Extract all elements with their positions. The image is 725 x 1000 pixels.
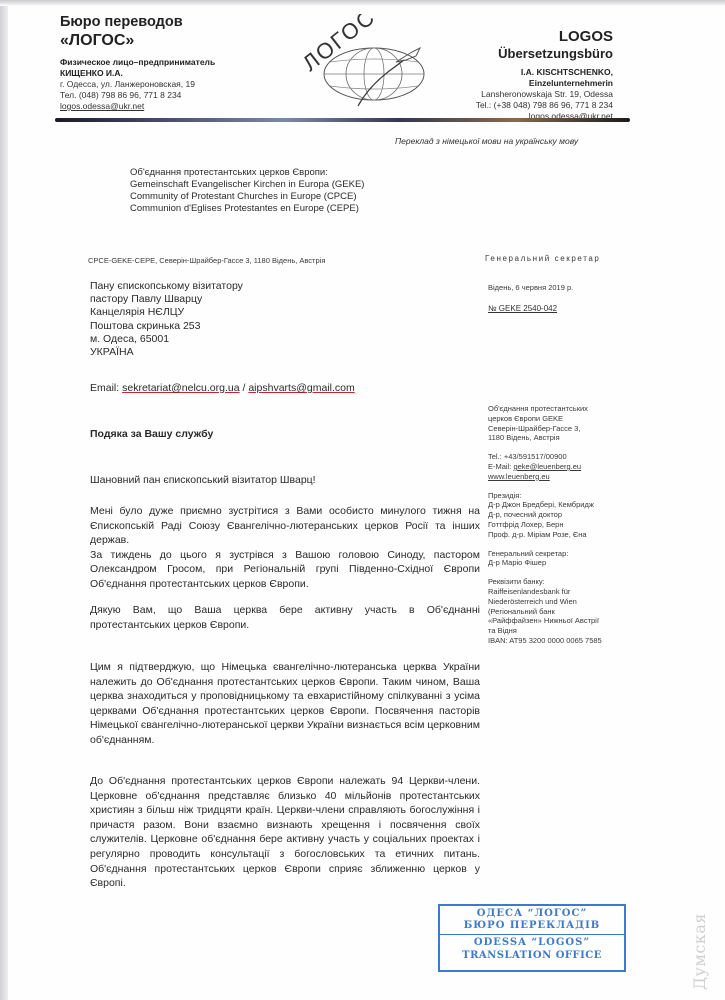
sidebar-tel: Tel.: +43/591517/00900 xyxy=(488,452,648,462)
recipient-address: Пану єпископському візитатору пастору Па… xyxy=(90,280,243,359)
sidebar-email-row: E-Mail: geke@leuenberg.eu xyxy=(488,462,648,472)
address-ru: г. Одесса, ул. Ланжероновская, 19 xyxy=(60,79,290,90)
sender-sidebar: Об'єднання протестантських церков Європи… xyxy=(488,404,648,655)
sidebar-presidium: Президія: Д-р Джон Бредбері, Кембридж Д-… xyxy=(488,491,648,540)
sidebar-bank: Реквізити банку: Raiffeisenlandesbank fü… xyxy=(488,577,648,646)
letterhead-left: Бюро переводов «ЛОГОС» Физическое лицо–п… xyxy=(60,14,290,112)
sidebar-web-link[interactable]: www.leuenberg.eu xyxy=(488,472,648,482)
email-link-1[interactable]: sekretariat@nelcu.org.ua xyxy=(122,382,239,394)
bureau-brand-ru: «ЛОГОС» xyxy=(60,31,290,51)
recipient-line: м. Одеса, 65001 xyxy=(90,333,243,346)
stamp-line-1: ОДЕСА “ЛОГОС” xyxy=(440,908,624,920)
bank-line: Raiffeisenlandesbank für xyxy=(488,587,648,597)
org-name-en: Community of Protestant Churches in Euro… xyxy=(130,191,364,203)
translation-note: Переклад з німецької мови на українську … xyxy=(395,136,578,146)
sidebar-contacts: Tel.: +43/591517/00900 E-Mail: geke@leue… xyxy=(488,452,648,481)
sidebar-line: Северін-Шрайбер-Гассе 3, xyxy=(488,424,648,434)
email-link-ru[interactable]: logos.odessa@ukr.net xyxy=(60,101,290,112)
recipient-email: Email: sekretariat@nelcu.org.ua / aipshv… xyxy=(90,382,355,394)
bureau-name-ru: Бюро переводов xyxy=(60,14,290,31)
email-label: Email: xyxy=(90,382,119,394)
letterhead-divider xyxy=(55,118,630,122)
letter-subject: Подяка за Вашу службу xyxy=(90,428,213,440)
bureau-brand-de: LOGOS xyxy=(363,28,613,45)
paragraph-1-part-1: Мені було дуже приємно зустрітися з Вами… xyxy=(90,504,480,548)
scan-top-shadow xyxy=(0,0,725,6)
bank-line: (Регіональний банк xyxy=(488,607,648,617)
source-watermark: Думская xyxy=(690,913,709,990)
bureau-name-de: Übersetzungsbüro xyxy=(363,45,613,62)
body-paragraph-4: До Об'єднання протестантських церков Євр… xyxy=(90,774,480,891)
email-link-2[interactable]: aipshvarts@gmail.com xyxy=(248,382,354,394)
recipient-line: Пану єпископському візитатору xyxy=(90,280,243,293)
sidebar-gensec: Генеральний секретар: Д-р Маріо Фішер xyxy=(488,549,648,569)
scan-edge-shadow xyxy=(0,0,8,1000)
org-name-de: Gemeinschaft Evangelischer Kirchen in Eu… xyxy=(130,179,364,191)
stamp-line-2: БЮРО ПЕРЕКЛАДІВ xyxy=(440,920,624,932)
sidebar-org-address: Об'єднання протестантських церков Європи… xyxy=(488,404,648,443)
recipient-line: Поштова скринька 253 xyxy=(90,320,243,333)
recipient-line: УКРАЇНА xyxy=(90,346,243,359)
salutation: Шановний пан єпископський візитатор Швар… xyxy=(90,474,316,486)
org-header: Об'єднання протестантських церков Європи… xyxy=(130,167,364,215)
phone-de: Tel.: (+38 048) 798 86 96, 771 8 234 xyxy=(363,100,613,111)
sidebar-email-link[interactable]: geke@leuenberg.eu xyxy=(513,462,581,471)
presidium-member: Д-р, почесний доктор xyxy=(488,510,648,520)
letterhead-right: LOGOS Übersetzungsbüro I.A. KISCHTSCHENK… xyxy=(363,28,613,122)
sidebar-line: церков Європи GEKE xyxy=(488,414,648,424)
entity-type-de: Einzelunternehmerin xyxy=(363,78,613,89)
presidium-member: Проф. д-р. Міріам Розе, Єна xyxy=(488,530,648,540)
reference-number: № GEKE 2540-042 xyxy=(488,304,557,313)
org-name-fr: Communion d'Eglises Protestantes en Euro… xyxy=(130,203,364,215)
sidebar-line: Об'єднання протестантських xyxy=(488,404,648,414)
recipient-line: пастору Павлу Шварцу xyxy=(90,293,243,306)
bank-label: Реквізити банку: xyxy=(488,577,648,587)
body-paragraph-1: Мені було дуже приємно зустрітися з Вами… xyxy=(90,504,480,592)
owner-ru: КИЩЕНКО И.А. xyxy=(60,68,290,79)
sidebar-email-label: E-Mail: xyxy=(488,462,511,471)
gensec-name: Д-р Маріо Фішер xyxy=(488,558,648,568)
stamp-line-4: TRANSLATION OFFICE xyxy=(440,949,624,962)
org-name-uk: Об'єднання протестантських церков Європи… xyxy=(130,167,364,179)
entity-type-ru: Физическое лицо–предприниматель xyxy=(60,57,290,68)
email-separator: / xyxy=(243,382,246,394)
general-secretary-label: Генеральний секретар xyxy=(485,254,600,263)
presidium-label: Президія: xyxy=(488,491,648,501)
sidebar-line: 1180 Відень, Австрія xyxy=(488,433,648,443)
phone-ru: Тел. (048) 798 86 96, 771 8 234 xyxy=(60,90,290,101)
presidium-member: Готтфрід Лохер, Берн xyxy=(488,520,648,530)
body-paragraph-2: Дякую Вам, що Ваша церква бере активну у… xyxy=(90,603,480,632)
bank-line: «Райффайзен» Нижньої Австрії xyxy=(488,616,648,626)
bank-line: та Відня xyxy=(488,626,648,636)
paragraph-1-part-2: За тиждень до цього я зустрівся з Вашою … xyxy=(90,548,480,592)
owner-de: I.A. KISCHTSCHENKO, xyxy=(363,67,613,78)
address-de: Lansheronowskaja Str. 19, Odessa xyxy=(363,89,613,100)
body-paragraph-3: Цим я підтверджую, що Німецька євангеліч… xyxy=(90,660,480,748)
presidium-member: Д-р Джон Бредбері, Кембридж xyxy=(488,500,648,510)
bank-iban: IBAN: AT95 3200 0000 0065 7585 xyxy=(488,636,648,646)
translation-office-stamp: ОДЕСА “ЛОГОС” БЮРО ПЕРЕКЛАДІВ ODESSA “LO… xyxy=(438,904,626,972)
recipient-line: Канцелярія НЄЛЦУ xyxy=(90,306,243,319)
stamp-line-3: ODESSA “LOGOS” xyxy=(440,937,624,949)
letter-date: Відень, 6 червня 2019 р. xyxy=(488,283,573,292)
stamp-divider xyxy=(440,934,624,935)
bank-line: Niederösterreich und Wien xyxy=(488,597,648,607)
gensec-label: Генеральний секретар: xyxy=(488,549,648,559)
sender-address-line: CPCE-GEKE-CEPE, Северін-Шрайбер-Гассе 3,… xyxy=(88,256,325,265)
